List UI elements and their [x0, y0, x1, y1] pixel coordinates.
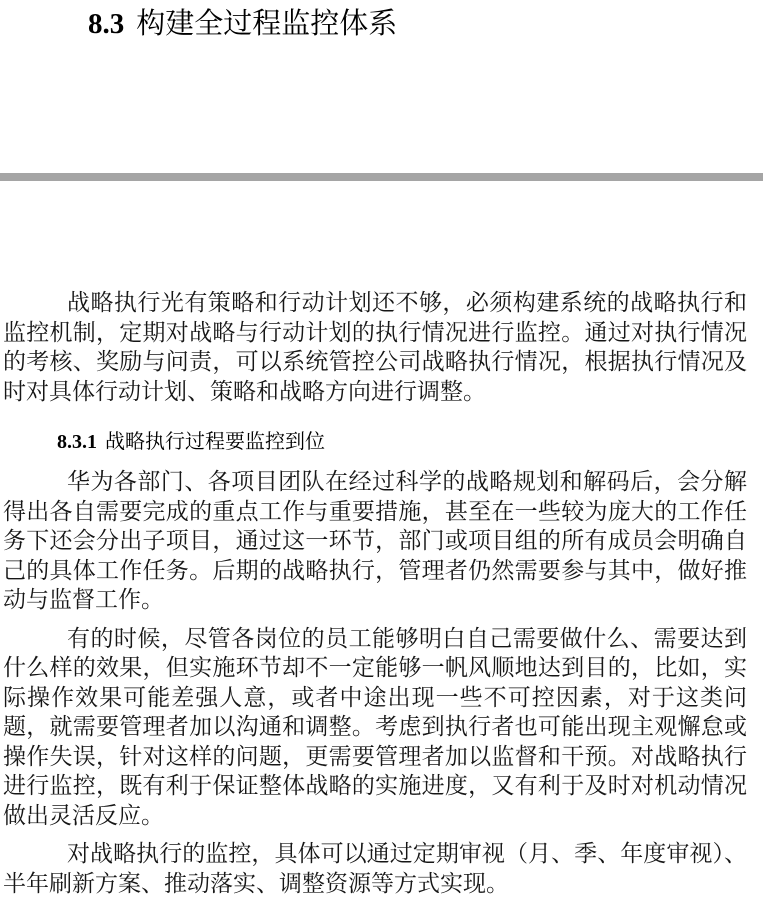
section-divider-bar — [0, 173, 763, 181]
paragraph-1: 战略执行光有策略和行动计划还不够，必须构建系统的战略执行和监控机制，定期对战略与… — [3, 288, 747, 406]
subsection-heading: 8.3.1战略执行过程要监控到位 — [57, 430, 747, 454]
paragraph-2: 华为各部门、各项目团队在经过科学的战略规划和解码后，会分解得出各自需要完成的重点… — [3, 467, 747, 615]
section-title: 构建全过程监控体系 — [136, 8, 397, 40]
body-text: 战略执行光有策略和行动计划还不够，必须构建系统的战略执行和监控机制，定期对战略与… — [0, 288, 763, 898]
section-number: 8.3 — [88, 8, 124, 40]
paragraph-4: 对战略执行的监控，具体可以通过定期审视（月、季、年度审视）、半年刷新方案、推动落… — [3, 839, 747, 898]
paragraph-3: 有的时候，尽管各岗位的员工能够明白自己需要做什么、需要达到什么样的效果，但实施环… — [3, 624, 747, 831]
subsection-title: 战略执行过程要监控到位 — [105, 431, 325, 453]
document-page: 8.3构建全过程监控体系 战略执行光有策略和行动计划还不够，必须构建系统的战略执… — [0, 0, 763, 901]
subsection-number: 8.3.1 — [57, 431, 97, 453]
section-heading: 8.3构建全过程监控体系 — [88, 6, 763, 42]
